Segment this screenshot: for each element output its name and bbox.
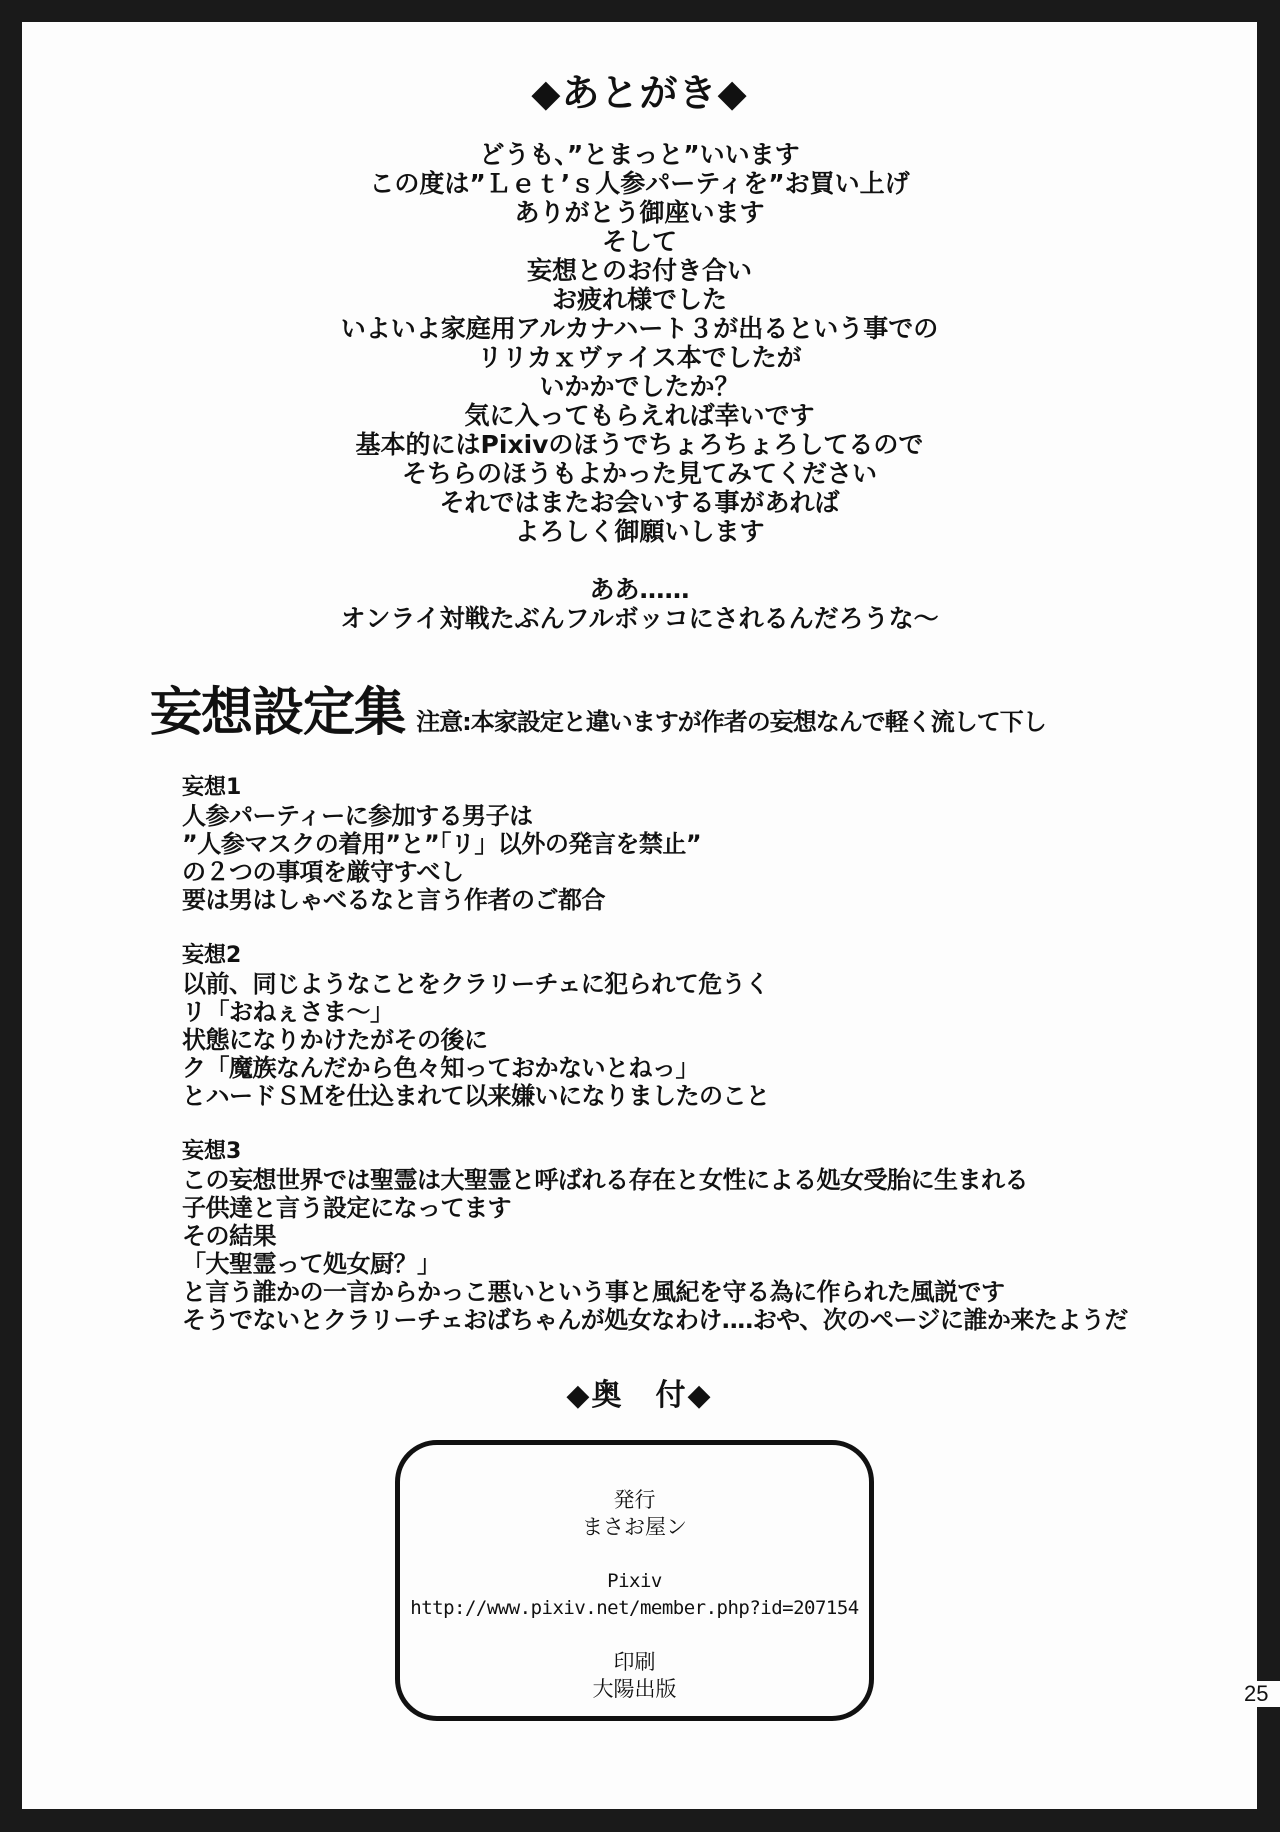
delusion-settings-title: 妄想設定集 [150,683,405,743]
delusion-item-line: 以前、同じようなことをクラリーチェに犯られて危うく [182,970,1128,998]
delusion-item-heading: 妄想2 [182,942,1128,970]
delusion-item-line: と言う誰かの一言からかっこ悪いという事と風紀を守る為に作られた風説です [182,1278,1128,1306]
afterword-line: 基本的にはPixivのほうでちょろちょろしてるので [22,430,1257,459]
afterword-line: この度は”Ｌｅｔ’ｓ人参パーティを”お買い上げ [22,169,1257,198]
delusion-settings-note: 注意:本家設定と違いますが作者の妄想なんで軽く流して下し [416,708,1046,736]
printer-group: 印刷 大陽出版 [400,1649,869,1703]
afterword-line: いかかでしたか？ [22,372,1257,401]
delusion-item-line: 「大聖霊って処女厨？」 [182,1250,1128,1278]
site-group: Pixiv http://www.pixiv.net/member.php?id… [400,1568,869,1622]
delusion-item-line: 状態になりかけたがその後に [182,1026,1128,1054]
afterword-line: リリカｘヴァイス本でしたが [22,343,1257,372]
publisher-name: まさお屋ン [400,1514,869,1541]
afterword-line: ありがとう御座います [22,198,1257,227]
delusion-item-line: ”人参マスクの着用”と”「リ」以外の発言を禁止” [182,830,1128,858]
delusion-item-line: リ「おねぇさま～」 [182,998,1128,1026]
delusion-item-2: 妄想2 以前、同じようなことをクラリーチェに犯られて危うく リ「おねぇさま～」 … [182,942,1128,1110]
delusion-item-line: とハードＳＭを仕込まれて以来嫌いになりましたのこと [182,1082,1128,1110]
delusion-item-3: 妄想3 この妄想世界では聖霊は大聖霊と呼ばれる存在と女性による処女受胎に生まれる… [182,1138,1128,1334]
delusion-item-heading: 妄想3 [182,1138,1128,1166]
afterword-line: そちらのほうもよかった見てみてください [22,459,1257,488]
publisher-label: 発行 [400,1487,869,1514]
delusion-item-heading: 妄想1 [182,774,1128,802]
delusion-item-line: そうでないとクラリーチェおばちゃんが処女なわけ‥‥おや、次のページに誰か来たよう… [182,1306,1128,1334]
afterword-line: 気に入ってもらえれば幸いです [22,401,1257,430]
delusion-settings-list: 妄想1 人参パーティーに参加する男子は ”人参マスクの着用”と”「リ」以外の発言… [182,774,1128,1362]
afterword-title: ◆あとがき◆ [22,62,1257,117]
page-number: 25 [1242,1681,1280,1707]
afterword-line: どうも、”とまっと”いいます [22,140,1257,169]
colophon-box: 発行 まさお屋ン Pixiv http://www.pixiv.net/memb… [395,1440,874,1721]
delusion-item-line: ク「魔族なんだから色々知っておかないとねっ」 [182,1054,1128,1082]
afterword-line: よろしく御願いします [22,517,1257,546]
delusion-item-line: この妄想世界では聖霊は大聖霊と呼ばれる存在と女性による処女受胎に生まれる [182,1166,1128,1194]
afterword-closing-line: オンライ対戦たぶんフルボッコにされるんだろうな～ [22,604,1257,633]
afterword-line: いよいよ家庭用アルカナハート３が出るという事での [22,314,1257,343]
afterword-line: それではまたお会いする事があれば [22,488,1257,517]
site-label: Pixiv [400,1568,869,1595]
afterword-line: お疲れ様でした [22,285,1257,314]
afterword-line: 妄想とのお付き合い [22,256,1257,285]
afterword-line: そして [22,227,1257,256]
paragraph-spacer [22,546,1257,575]
delusion-item-line: その結果 [182,1222,1128,1250]
printer-label: 印刷 [400,1649,869,1676]
delusion-item-line: 人参パーティーに参加する男子は [182,802,1128,830]
delusion-item-1: 妄想1 人参パーティーに参加する男子は ”人参マスクの着用”と”「リ」以外の発言… [182,774,1128,914]
scanned-page: ◆あとがき◆ どうも、”とまっと”いいます この度は”Ｌｅｔ’ｓ人参パーティを”… [22,22,1257,1809]
delusion-item-line: の２つの事項を厳守すべし [182,858,1128,886]
afterword-body: どうも、”とまっと”いいます この度は”Ｌｅｔ’ｓ人参パーティを”お買い上げ あ… [22,140,1257,633]
delusion-item-line: 要は男はしゃべるなと言う作者のご都合 [182,886,1128,914]
printer-name: 大陽出版 [400,1676,869,1703]
site-url: http://www.pixiv.net/member.php?id=20715… [400,1595,869,1622]
colophon-title: ◆奥 付◆ [22,1370,1257,1414]
delusion-item-line: 子供達と言う設定になってます [182,1194,1128,1222]
afterword-closing-line: ああ…… [22,575,1257,604]
publisher-group: 発行 まさお屋ン [400,1487,869,1541]
delusion-settings-header: 妄想設定集 注意:本家設定と違いますが作者の妄想なんで軽く流して下し [150,670,1046,745]
